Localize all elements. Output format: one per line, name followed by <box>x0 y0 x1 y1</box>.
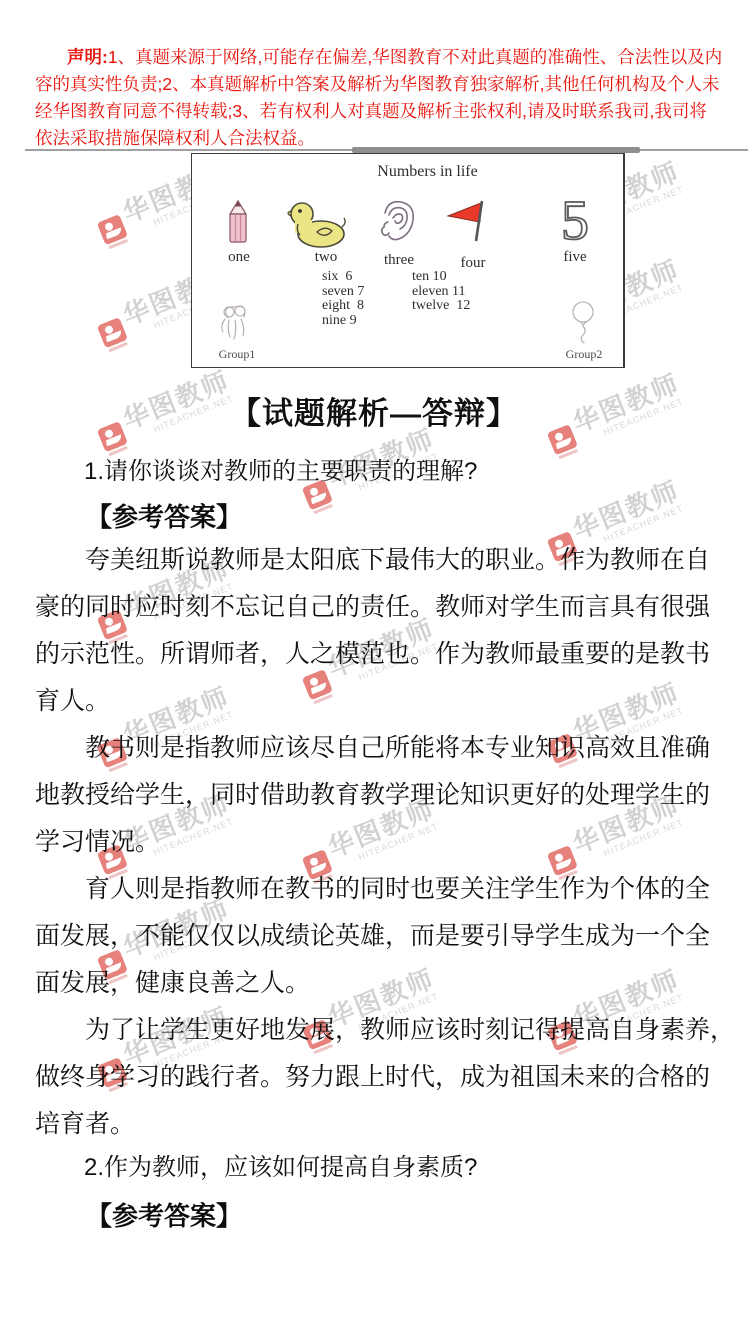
group1-label: Group1 <box>213 347 261 362</box>
word-five: five <box>547 249 603 266</box>
pencil-icon <box>226 200 250 246</box>
number-word-item: seven 7 <box>322 285 364 300</box>
answer-label-2: 【参考答案】 <box>86 1196 242 1233</box>
document-page: 华图教师HITEACHER.NET华图教师HITEACHER.NET华图教师HI… <box>0 0 748 1335</box>
body-text: 夸美纽斯说教师是太阳底下最伟大的职业。作为教师在自豪的同时应时刻不忘记自己的责任… <box>35 537 719 1148</box>
paragraph-line: 夸美纽斯说教师是太阳底下最伟大的职业。作为教师在自 <box>35 537 719 584</box>
number-list-2: ten 10eleven 11twelve 12 <box>412 270 470 314</box>
huatu-logo-icon <box>97 317 130 353</box>
number-word-item: twelve 12 <box>412 299 470 314</box>
word-two: two <box>298 249 354 266</box>
disclaimer-line: 经华图教育同意不得转载;3、若有权利人对真题及解析主张权利,请及时联系我司,我司… <box>35 98 727 125</box>
word-one: one <box>211 249 267 266</box>
group2-balloon-icon <box>567 301 599 345</box>
flag-icon <box>445 199 491 243</box>
disclaimer-text: 声明:1、真题来源于网络,可能存在偏差,华图教育不对此真题的准确性、合法性以及内… <box>35 44 727 152</box>
number-word-item: six 6 <box>322 270 364 285</box>
paragraph-line: 面发展，健康良善之人。 <box>35 960 719 1007</box>
number-word-item: nine 9 <box>322 314 364 329</box>
number-word-item: ten 10 <box>412 270 470 285</box>
paragraph-line: 面发展，不能仅仅以成绩论英雄，而是要引导学生成为一个全 <box>35 913 719 960</box>
group2-label: Group2 <box>560 347 608 362</box>
paragraph-line: 育人则是指教师在教书的同时也要关注学生作为个体的全 <box>35 866 719 913</box>
svg-text:5: 5 <box>561 190 589 249</box>
group1-doodle-icon <box>215 304 257 346</box>
paragraph-line: 学习情况。 <box>35 819 719 866</box>
paragraph-line: 为了让学生更好地发展，教师应该时刻记得提高自身素养， <box>35 1007 719 1054</box>
paragraph-line: 的示范性。所谓师者，人之模范也。作为教师最重要的是教书 <box>35 631 719 678</box>
duck-icon <box>285 201 347 249</box>
paragraph-line: 教书则是指教师应该尽自己所能将本专业知识高效且准确 <box>35 725 719 772</box>
paragraph-line: 做终身学习的践行者。努力跟上时代，成为祖国未来的合格的 <box>35 1054 719 1101</box>
question-1: 1.请你谈谈对教师的主要职责的理解? <box>84 451 477 486</box>
disclaimer-line: 声明:1、真题来源于网络,可能存在偏差,华图教育不对此真题的准确性、合法性以及内 <box>35 44 727 71</box>
paragraph-line: 培育者。 <box>35 1101 719 1148</box>
ear-icon <box>375 198 419 245</box>
watermark-brand-text: 华图教师 <box>570 477 684 543</box>
paragraph-line: 地教授给学生，同时借助教育教学理论知识更好的处理学生的 <box>35 772 719 819</box>
word-three: three <box>371 252 427 269</box>
number-word-item: eleven 11 <box>412 285 470 300</box>
paragraph-line: 豪的同时应时刻不忘记自己的责任。教师对学生而言具有很强 <box>35 584 719 631</box>
numbers-in-life-figure: Numbers in life one two <box>191 153 625 368</box>
paragraph-line: 育人。 <box>35 678 719 725</box>
huatu-logo-icon <box>97 214 130 250</box>
number-list-1: six 6seven 7eight 8nine 9 <box>322 270 364 328</box>
section-title: 【试题解析—答辩】 <box>0 388 748 433</box>
question-2: 2.作为教师，应该如何提高自身素质? <box>84 1147 477 1182</box>
answer-label-1: 【参考答案】 <box>86 497 242 534</box>
disclaimer-line: 容的真实性负责;2、本真题解析中答案及解析为华图教育独家解析,其他任何机构及个人… <box>35 71 727 98</box>
numeral-five-icon: 5 <box>558 187 598 249</box>
figure-title: Numbers in life <box>212 163 643 181</box>
number-word-item: eight 8 <box>322 299 364 314</box>
